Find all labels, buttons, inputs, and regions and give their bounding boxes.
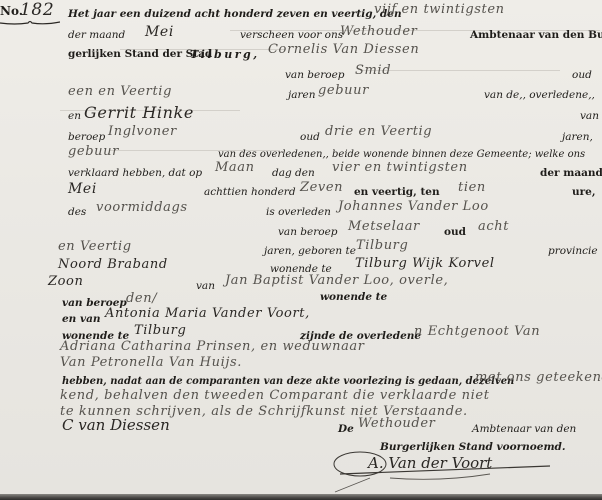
handwritten-text: Wethouder — [340, 24, 417, 39]
handwritten-text: vier en twintigsten — [332, 160, 468, 175]
printed-text: verklaard hebben, dat op — [68, 167, 202, 179]
printed-text: verscheen voor ons — [240, 29, 343, 41]
printed-text: van beroep — [278, 226, 338, 238]
flourish-ornament — [0, 19, 60, 27]
handwritten-text: gebuur — [318, 83, 369, 98]
handwritten-text: voormiddags — [96, 200, 188, 215]
handwritten-text: vijf en twintigsten — [374, 2, 505, 17]
printed-text: van — [580, 110, 599, 122]
printed-text: jaren, — [562, 131, 593, 143]
handwritten-text: Zoon — [48, 274, 83, 289]
printed-text: Ambtenaar van den Bur- — [470, 29, 602, 41]
handwritten-text: acht — [478, 219, 509, 234]
printed-text: is overleden — [266, 206, 331, 218]
handwritten-text: Smid — [355, 63, 391, 78]
handwritten-text: Cornelis Van Diessen — [268, 42, 419, 57]
handwritten-text: Tilburg — [134, 323, 186, 338]
printed-text: De — [338, 423, 354, 435]
printed-text: Ambtenaar van den — [472, 423, 576, 435]
handwritten-text: Tilburg — [356, 238, 408, 253]
handwritten-text: met ons geteekend, — [475, 370, 602, 385]
register-page: No. 182 Het jaar een duizend acht honder… — [0, 0, 602, 496]
printed-text: der maand — [68, 29, 125, 41]
handwritten-text: Mei — [68, 181, 97, 197]
handwritten-text: Antonia Maria Vander Voort, — [105, 306, 310, 321]
printed-text: oud — [300, 131, 320, 143]
city-name: Tilburg, — [190, 48, 260, 61]
handwritten-text: Gerrit Hinke — [84, 103, 194, 122]
handwritten-text: gebuur — [68, 144, 119, 159]
signature-flourish — [330, 448, 560, 494]
handwritten-text: Mei — [145, 24, 174, 40]
printed-text: van des overledenen,, beide wonende binn… — [218, 149, 585, 160]
printed-text: jaren, geboren te — [264, 245, 356, 257]
handwritten-text: Noord Braband — [58, 257, 168, 272]
handwritten-text: Wethouder — [358, 416, 435, 431]
handwritten-text: drie en Veertig — [325, 124, 432, 139]
printed-text: Het jaar een duizend acht honderd zeven … — [68, 8, 402, 20]
handwritten-text: tien — [458, 180, 486, 195]
handwritten-text: en Veertig — [58, 239, 132, 254]
handwritten-text: een en Veertig — [68, 84, 172, 99]
handwritten-text: Jan Baptist Vander Loo, overle, — [225, 273, 448, 288]
handwritten-text: den/ — [126, 291, 157, 306]
printed-text: provincie — [548, 245, 598, 257]
printed-text: wonende te — [320, 291, 387, 303]
handwritten-text: n Echtgenoot Van — [414, 324, 540, 339]
handwritten-text: kend, behalven den tweeden Comparant die… — [60, 388, 490, 403]
printed-text: van beroep — [285, 69, 345, 81]
handwritten-text: Adriana Catharina Prinsen, en weduwnaar — [60, 339, 365, 354]
printed-text: beroep — [68, 131, 105, 143]
printed-text: hebben, nadat aan de comparanten van dez… — [62, 376, 514, 387]
printed-text: oud — [572, 69, 592, 81]
printed-text: dag den — [272, 167, 315, 179]
handwritten-text: Van Petronella Van Huijs. — [60, 355, 242, 370]
handwritten-text: Maan — [215, 160, 255, 175]
handwritten-text: Zeven — [300, 180, 343, 195]
printed-text: achttien honderd — [204, 186, 296, 198]
printed-text: ure, — [572, 186, 596, 198]
handwritten-text: Inglvoner — [108, 124, 177, 139]
printed-text: van de,, overledene,, — [484, 89, 595, 101]
printed-text: en veertig, ten — [354, 186, 440, 198]
printed-text: jaren — [288, 89, 316, 101]
page-bottom-edge — [0, 494, 602, 500]
printed-text: oud — [444, 226, 466, 238]
printed-text: van — [196, 280, 215, 292]
entry-number: 182 — [20, 0, 54, 20]
printed-text: en van — [62, 313, 101, 325]
handwritten-text: Johannes Vander Loo — [338, 199, 489, 214]
handwritten-text: Tilburg Wijk Korvel — [355, 256, 495, 271]
printed-text: en — [68, 110, 81, 122]
handwritten-text: Metselaar — [348, 219, 420, 234]
printed-text: der maand — [540, 167, 602, 179]
witness-signature: C van Diessen — [62, 416, 170, 434]
printed-text: des — [68, 206, 86, 218]
